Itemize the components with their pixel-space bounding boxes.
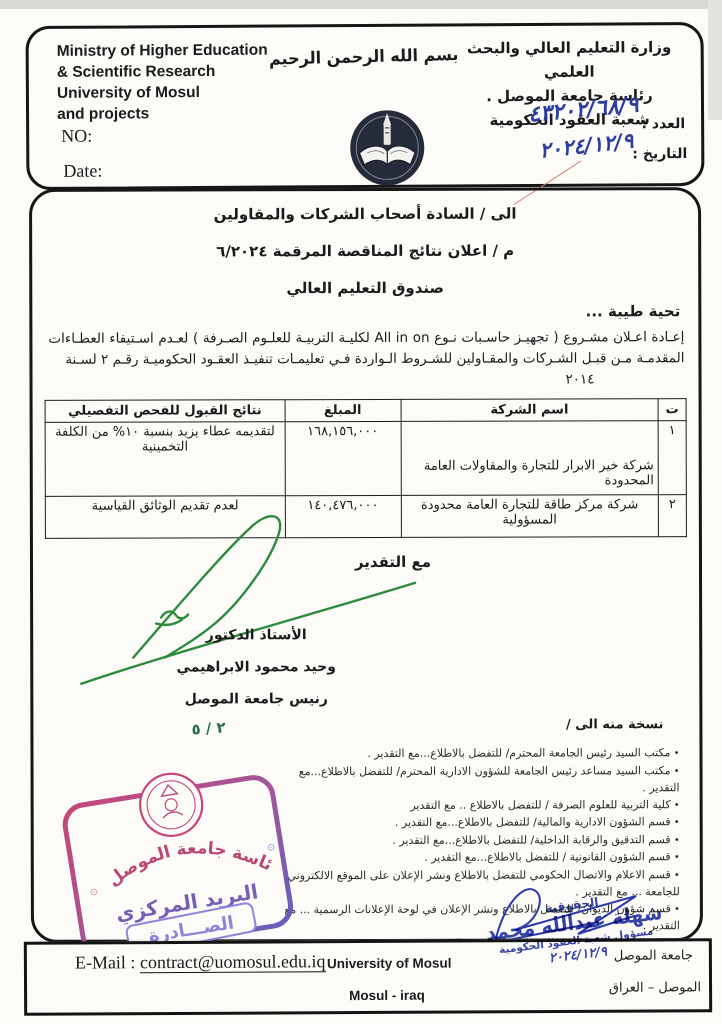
- col-header-company: اسم الشركة: [401, 399, 659, 422]
- list-item: قسم الشؤون القانونية / للتفضل بالاطلاع..…: [272, 849, 680, 868]
- bismillah-calligraphy: بسم الله الرحمن الرحيم: [268, 44, 458, 69]
- body-paragraph-year: ٢٠١٤: [565, 369, 594, 390]
- university-line-en: University of Mosul: [57, 82, 268, 104]
- stamp-flower-icon: ۞: [89, 883, 99, 899]
- table-header-row: ت اسم الشركة المبلغ نتائج القبول للفحص ا…: [45, 399, 686, 423]
- date-handwritten-value: ٢٠٢٤/١٢/٩: [538, 129, 634, 163]
- email-label: E-Mail :: [75, 952, 140, 972]
- scan-edge-right: [708, 0, 722, 120]
- ministry-line-1: Ministry of Higher Education: [57, 40, 268, 62]
- cell-result: لتقديمه عطاء يزيد بنسبة ١٠% من الكلفة ال…: [45, 422, 285, 497]
- number-label: العدد :: [641, 116, 685, 132]
- ministry-name-en: Ministry of Higher Education & Scientifi…: [57, 40, 268, 125]
- cell-no: ١: [658, 421, 686, 495]
- signatory-name: وحيد محمود الابراهيمي: [151, 651, 361, 684]
- letter-body-box: الى / السادة أصحاب الشركات والمقاولين م …: [29, 187, 703, 943]
- city-ar: الموصل – العراق: [609, 980, 701, 995]
- cell-company: شركة خير الابرار للتجارة والمقاولات العا…: [401, 421, 659, 496]
- university-logo-icon: [347, 103, 428, 187]
- addressee-line: الى / السادة أصحاب الشركات والمقاولين: [32, 204, 698, 224]
- date-label-ar: التاريخ :: [632, 146, 687, 162]
- fund-line: صندوق التعليم العالي: [32, 278, 698, 298]
- central-post-stamp: رئاسة جامعة الموصل ۞ ۞ البريد المركزي ال…: [50, 746, 317, 971]
- signatory-title: الأستاذ الدكتور: [151, 619, 361, 652]
- col-header-no: ت: [658, 399, 686, 421]
- distribution-heading: نسخة منه الى /: [566, 717, 663, 732]
- university-en: University of Mosul: [327, 953, 452, 975]
- stamp-flower-icon: ۞: [266, 838, 276, 854]
- central-post-stamp-icon: رئاسة جامعة الموصل ۞ ۞ البريد المركزي ال…: [50, 746, 316, 967]
- date-label-en: Date:: [63, 161, 102, 182]
- list-item: قسم الشؤون الادارية والمالية/ للتفضل بال…: [272, 814, 680, 833]
- table-row: ١ شركة خير الابرار للتجارة والمقاولات ال…: [45, 421, 686, 497]
- list-item: مكتب السيد رئيس الجامعة المحترم/ للتفضل …: [271, 745, 679, 764]
- body-paragraph: إعـادة اعـلان مشـروع ( تجهيـز حاسـبات نـ…: [48, 327, 684, 371]
- col-header-amount: المبلغ: [285, 399, 401, 421]
- city-en: Mosul - iraq: [349, 985, 425, 1006]
- cell-amount: ١٦٨,١٥٦,٠٠٠: [285, 421, 401, 495]
- no-label: NO:: [61, 126, 92, 147]
- letterhead-box: Ministry of Higher Education & Scientifi…: [26, 22, 705, 190]
- scan-edge-top: [0, 0, 722, 9]
- subject-line: م / اعلان نتائج المناقصة المرقمة ٦/٢٠٢٤: [32, 241, 698, 261]
- ministry-line-2: & Scientific Research: [57, 61, 268, 83]
- handwritten-mark: ٢ / ٥: [191, 718, 226, 738]
- list-item: قسم التدقيق والرقابة الداخلية/ للتفضل با…: [272, 832, 680, 851]
- col-header-result: نتائج القبول للفحص التفصيلي: [45, 400, 285, 423]
- list-item: مكتب السيد مساعد رئيس الجامعة للشؤون الا…: [272, 763, 680, 798]
- cell-no: ٢: [658, 495, 686, 537]
- projects-line-en: and projects: [57, 103, 268, 125]
- greeting-line: تحية طيبة ...: [586, 302, 681, 320]
- list-item: كلية التربية للعلوم الصرفة / للتفضل بالا…: [272, 797, 680, 816]
- signatory-position: رنيس جامعة الموصل: [151, 683, 361, 716]
- university-logo: [347, 103, 428, 191]
- email-line: E-Mail : contract@uomosul.edu.iq: [75, 951, 326, 973]
- scanned-letter-page: Ministry of Higher Education & Scientifi…: [0, 0, 722, 1024]
- ministry-line-ar: وزارة التعليم العالي والبحث العلمي: [452, 35, 687, 84]
- signatory-block: الأستاذ الدكتور وحيد محمود الابراهيمي رن…: [151, 619, 361, 716]
- email-address: contract@uomosul.edu.iq: [140, 951, 326, 973]
